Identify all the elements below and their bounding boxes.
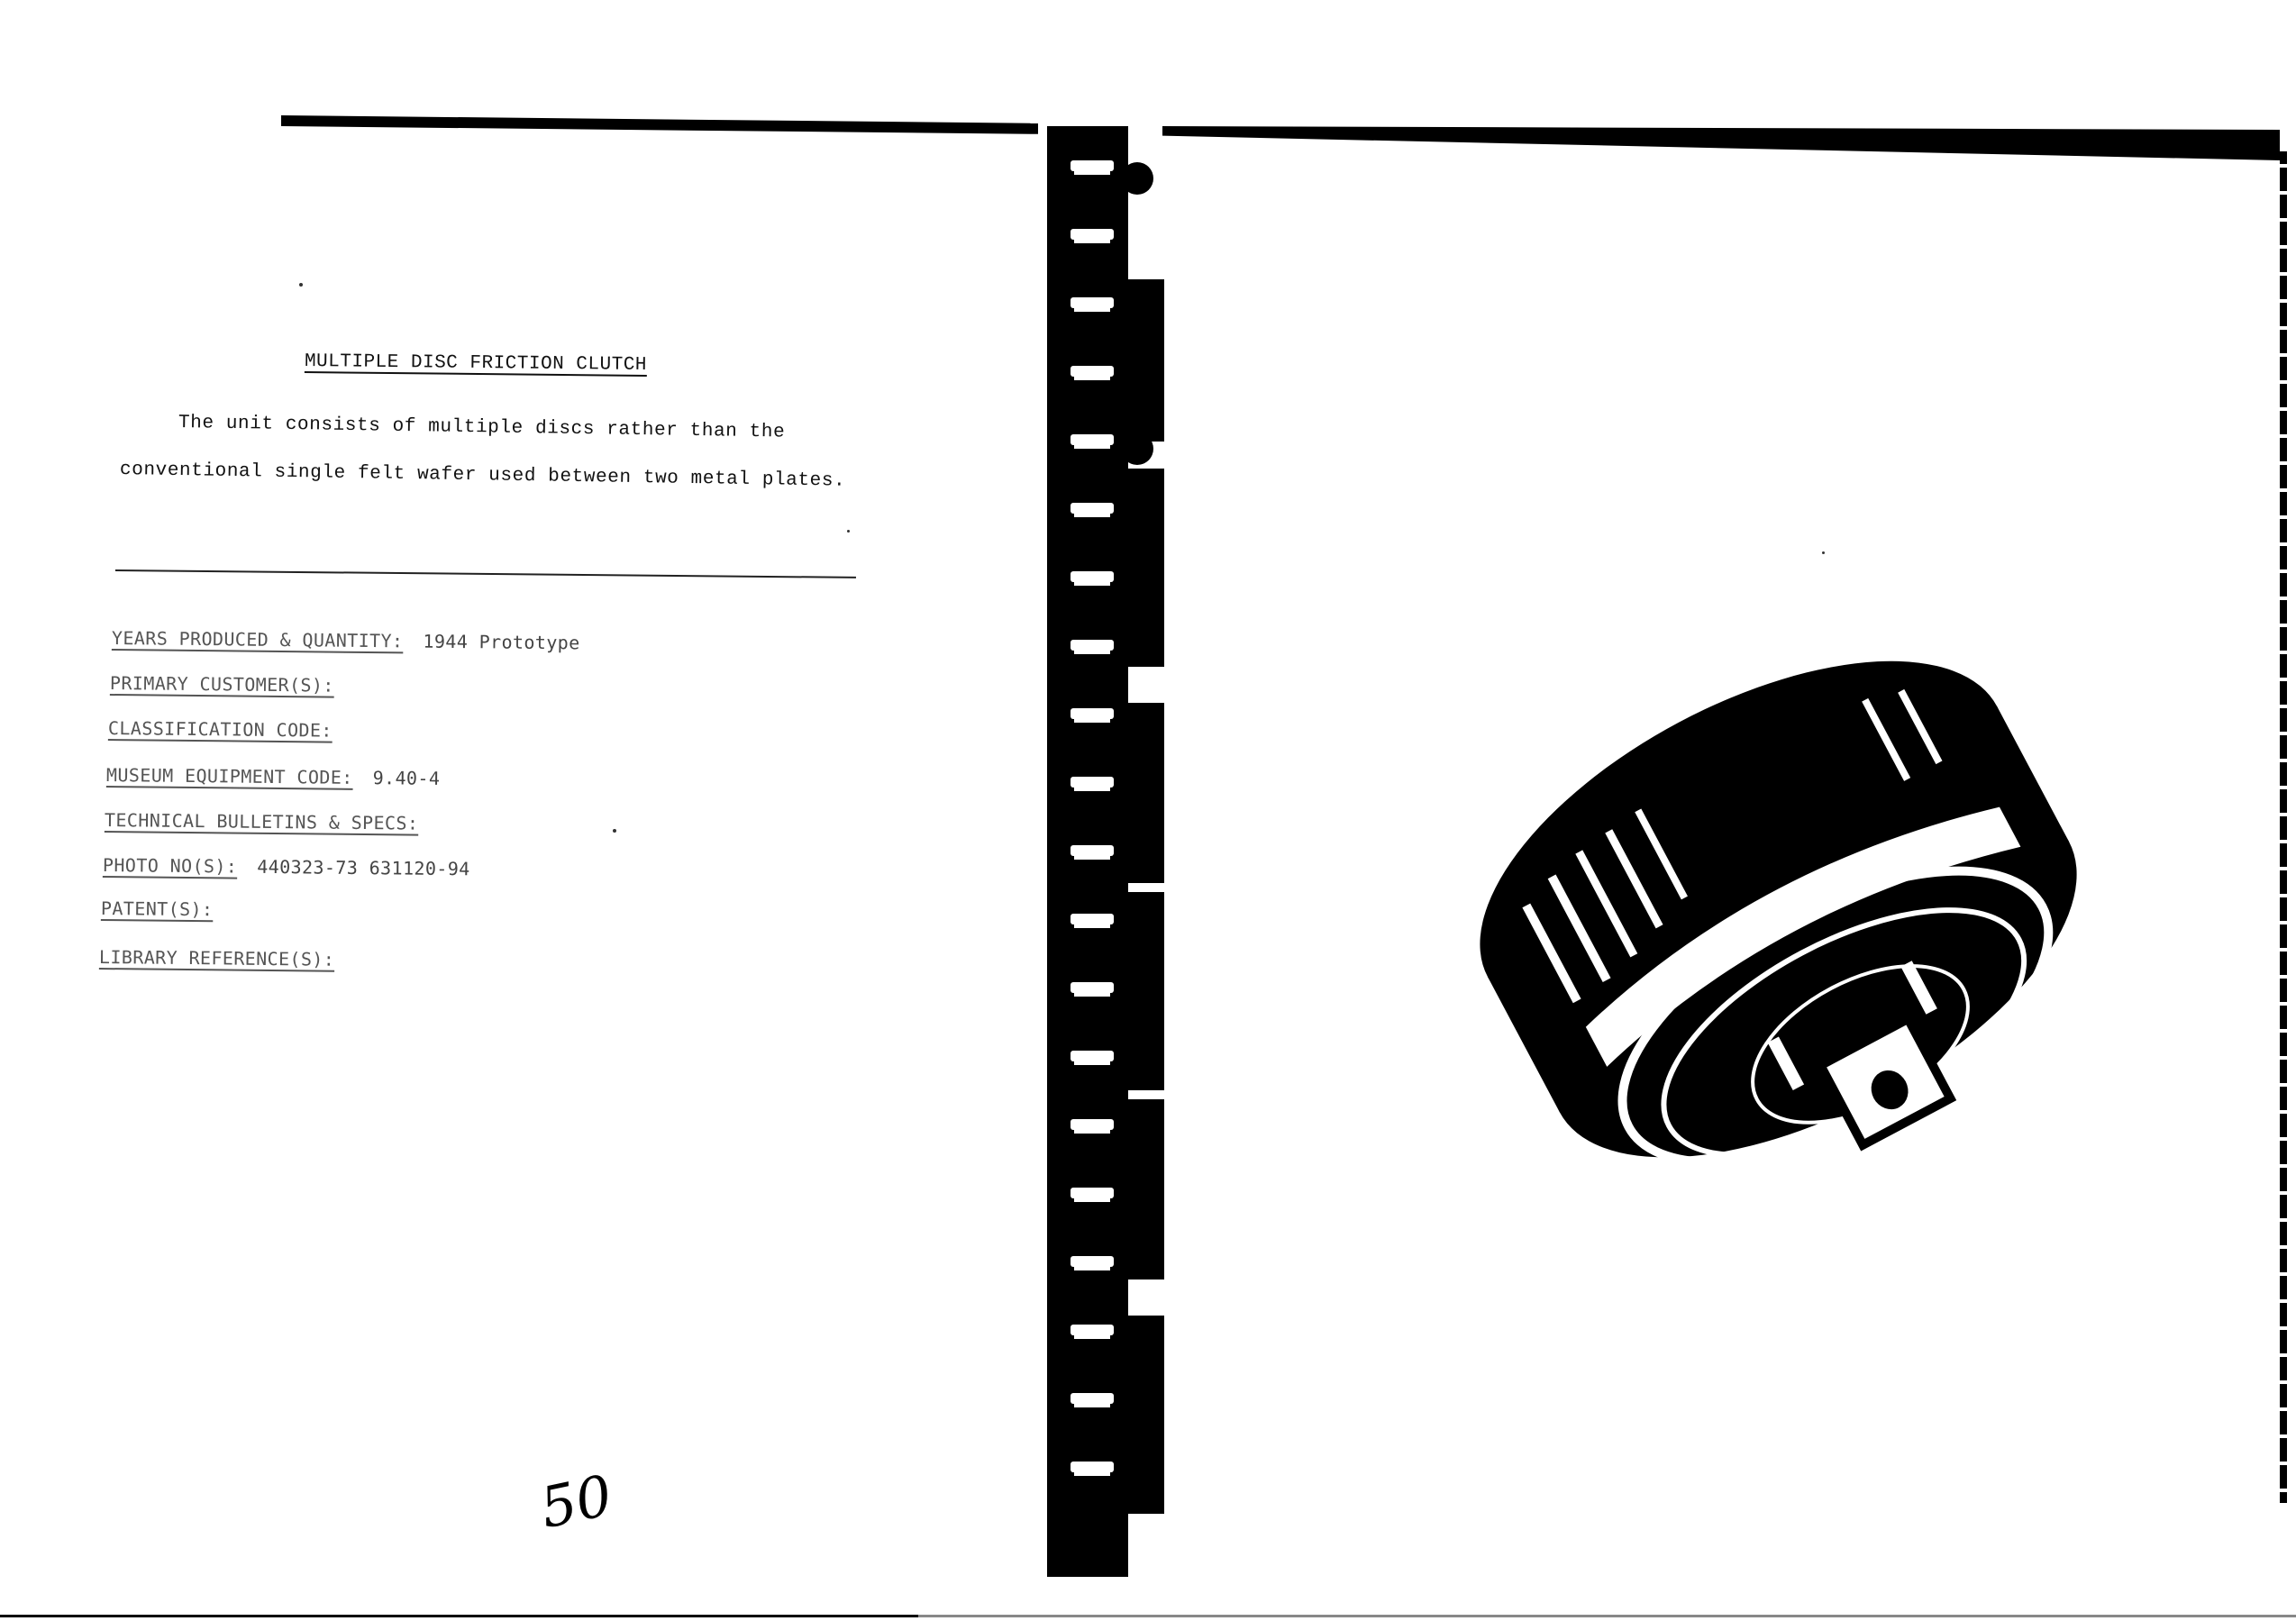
clutch-assembly-photo (1442, 559, 2127, 1243)
description-line-1: The unit consists of multiple discs rath… (178, 413, 786, 443)
binding-coil (1071, 1256, 1114, 1267)
binding-coil (1071, 777, 1114, 788)
scan-speck (299, 283, 303, 287)
scan-speck (847, 530, 850, 533)
field-classification-code: CLASSIFICATION CODE: (108, 717, 352, 742)
page-top-edge-right (1162, 126, 2280, 160)
binding-coil (1071, 1393, 1114, 1404)
field-years-produced: YEARS PRODUCED & QUANTITY:1944 Prototype (112, 627, 580, 653)
field-library-references: LIBRARY REFERENCE(S): (99, 946, 355, 970)
document-title: MULTIPLE DISC FRICTION CLUTCH (305, 351, 647, 376)
page-top-edge (281, 115, 1038, 134)
binding-ring (1121, 1243, 1153, 1276)
binding-coil (1071, 845, 1114, 856)
binding-coil (1071, 982, 1114, 993)
binding-coil (1071, 229, 1114, 240)
page-right-edge (2280, 151, 2287, 1503)
binding-coil (1071, 1462, 1114, 1472)
binding-coil (1071, 571, 1114, 582)
binding-ring (1121, 1027, 1153, 1060)
binding-ring (1121, 1451, 1153, 1483)
scan-speck (613, 829, 616, 833)
field-primary-customer: PRIMARY CUSTOMER(S): (110, 672, 354, 697)
section-divider (115, 569, 856, 578)
binding-coil (1071, 640, 1114, 651)
field-value: 9.40-4 (373, 767, 441, 789)
binding-coil (1071, 503, 1114, 514)
binding-coil (1071, 1051, 1114, 1061)
field-label: PRIMARY CUSTOMER(S): (110, 672, 334, 697)
field-museum-equipment-code: MUSEUM EQUIPMENT CODE:9.40-4 (106, 764, 441, 789)
binding-coil (1071, 914, 1114, 924)
binding-ring (1121, 631, 1153, 663)
field-value: 1944 Prototype (423, 631, 579, 654)
binding-coil (1071, 1188, 1114, 1198)
binding-coil (1071, 366, 1114, 377)
binding-coil (1071, 708, 1114, 719)
field-patents: PATENT(S): (101, 897, 233, 921)
clutch-illustration (1442, 559, 2127, 1243)
binding-block (1119, 1316, 1164, 1514)
binding-coil (1071, 1325, 1114, 1335)
field-label: PATENT(S): (101, 897, 214, 920)
field-technical-bulletins: TECHNICAL BULLETINS & SPECS: (105, 809, 439, 834)
handwritten-page-number: 50 (534, 1462, 617, 1542)
binding-coil (1071, 1119, 1114, 1130)
binding-block (1119, 892, 1164, 1090)
spiral-binding (1038, 126, 1173, 1577)
field-photo-numbers: PHOTO NO(S):440323-73 631120-94 (103, 854, 470, 879)
binding-ring (1121, 433, 1153, 465)
page-bottom-edge (0, 1615, 2296, 1617)
binding-ring (1121, 162, 1153, 195)
field-label: CLASSIFICATION CODE: (108, 717, 333, 742)
binding-ring (1121, 829, 1153, 861)
field-label: YEARS PRODUCED & QUANTITY: (112, 627, 404, 651)
binding-coil (1071, 297, 1114, 308)
binding-coil (1071, 160, 1114, 171)
field-label: PHOTO NO(S): (103, 854, 238, 878)
scan-speck (1822, 551, 1825, 554)
field-label: MUSEUM EQUIPMENT CODE: (106, 764, 353, 788)
field-value: 440323-73 631120-94 (257, 856, 470, 879)
description-line-2: conventional single felt wafer used betw… (120, 460, 846, 492)
binding-block (1119, 279, 1164, 442)
binding-coil (1071, 434, 1114, 445)
field-label: LIBRARY REFERENCE(S): (99, 946, 335, 970)
field-label: TECHNICAL BULLETINS & SPECS: (105, 809, 419, 834)
